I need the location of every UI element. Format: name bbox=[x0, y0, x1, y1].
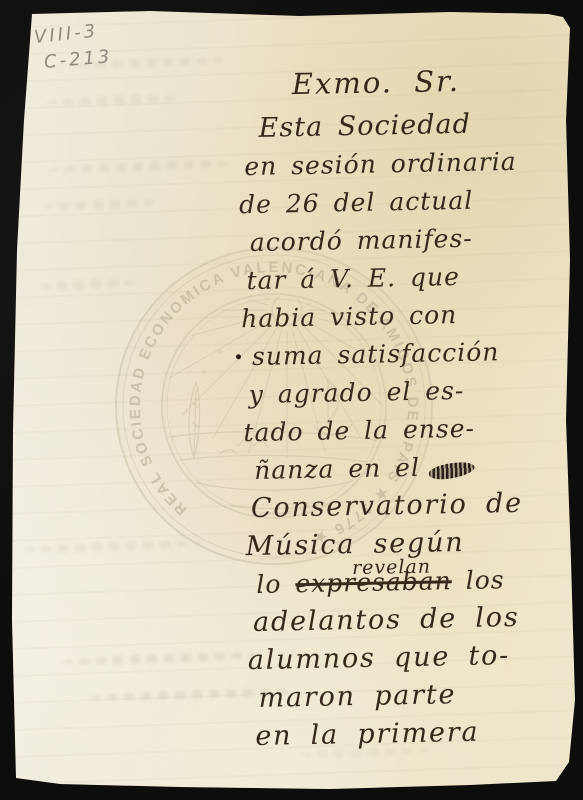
inserted-word: revelan bbox=[352, 549, 432, 587]
scanner-background: REAL SOCIEDAD ECONOMICA VALENCIANA DE AM… bbox=[0, 0, 583, 800]
letter-line: en sesión ordinaria bbox=[244, 143, 577, 187]
letter-line: Esta Sociedad bbox=[258, 105, 576, 149]
document-page: REAL SOCIEDAD ECONOMICA VALENCIANA DE AM… bbox=[0, 0, 583, 800]
ink-blot-strikeout bbox=[428, 459, 476, 483]
letter-line: en la primera bbox=[255, 713, 583, 757]
letter-line: adelantos de los bbox=[253, 599, 583, 643]
archive-reference: VIII-3 C-213 bbox=[34, 22, 112, 72]
letter-line: maron parte bbox=[258, 675, 583, 719]
bleedthrough-line bbox=[46, 94, 181, 108]
letter-line: habia visto con bbox=[241, 295, 580, 339]
letter-line: de 26 del actual bbox=[239, 181, 578, 225]
letter-line: Conservatorio de bbox=[251, 485, 583, 529]
letter-line: tado de la ense- bbox=[243, 409, 582, 453]
bleedthrough-line bbox=[42, 198, 162, 211]
letter-line: acordó manifes- bbox=[249, 219, 578, 263]
bleedthrough-line bbox=[62, 650, 267, 666]
letter-body: Exmo. Sr. Esta Sociedad en sesión ordina… bbox=[229, 57, 583, 757]
letter-line: suma satisfacción bbox=[252, 333, 581, 377]
letter-line: y agrado el es- bbox=[248, 371, 581, 415]
letter-salutation: Exmo. Sr. bbox=[291, 57, 575, 110]
ink-dot bbox=[236, 354, 241, 359]
letter-line: alumnos que to- bbox=[248, 637, 583, 681]
letter-line: ñanza en el bbox=[254, 447, 583, 491]
letter-line-corrected: lo expresabanlos revelan bbox=[256, 561, 583, 605]
archive-ref-line2: C-213 bbox=[43, 45, 113, 75]
bleedthrough-line bbox=[48, 159, 233, 174]
letter-line: tar á V. E. que bbox=[246, 257, 579, 301]
